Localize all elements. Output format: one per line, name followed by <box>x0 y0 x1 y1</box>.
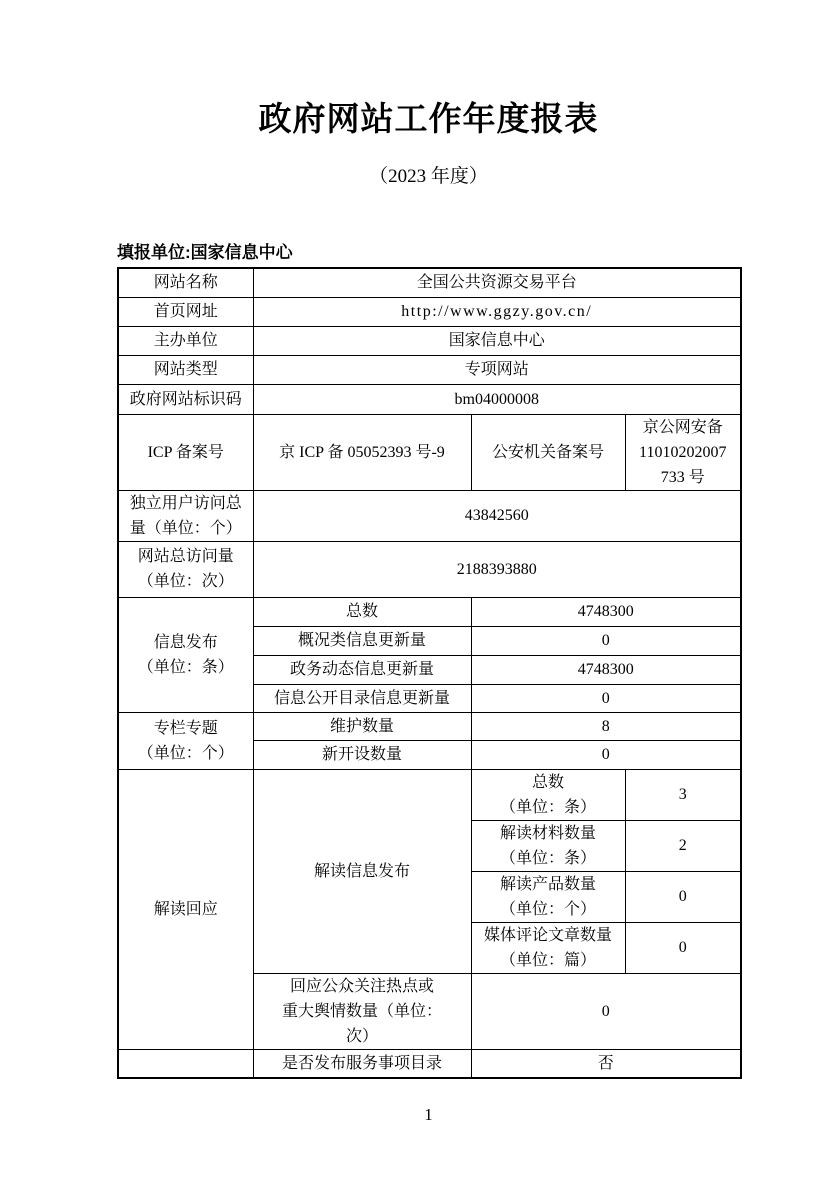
table-row: 首页网址 http://www.ggzy.gov.cn/ <box>118 297 741 326</box>
interpretation-item-label: 总数 （单位：条） <box>471 769 625 820</box>
icp-label: ICP 备案号 <box>118 414 253 490</box>
special-columns-item-label: 新开设数量 <box>253 740 471 769</box>
reporting-unit: 填报单位:国家信息中心 <box>117 243 740 263</box>
info-release-item-label: 总数 <box>253 597 471 626</box>
info-release-item-label: 概况类信息更新量 <box>253 626 471 655</box>
table-row: ICP 备案号 京 ICP 备 05052393 号-9 公安机关备案号 京公网… <box>118 414 741 490</box>
interpretation-item-label: 解读产品数量 （单位：个） <box>471 871 625 922</box>
special-columns-item-value: 8 <box>471 712 741 740</box>
report-table: 网站名称 全国公共资源交易平台 首页网址 http://www.ggzy.gov… <box>117 267 742 1079</box>
interpretation-item-label: 媒体评论文章数量 （单位：篇） <box>471 922 625 973</box>
special-columns-label: 专栏专题 （单位：个） <box>118 712 253 769</box>
table-row: 独立用户访问总 量（单位：个） 43842560 <box>118 490 741 541</box>
table-row: 解读回应 解读信息发布 总数 （单位：条） 3 <box>118 769 741 820</box>
unique-visitors-value: 43842560 <box>253 490 741 541</box>
total-visits-label: 网站总访问量 （单位：次） <box>118 541 253 597</box>
table-row: 主办单位 国家信息中心 <box>118 326 741 355</box>
homepage-url-label: 首页网址 <box>118 297 253 326</box>
service-directory-label: 是否发布服务事项目录 <box>253 1049 471 1078</box>
document-page: 政府网站工作年度报表 （2023 年度） 填报单位:国家信息中心 网站名称 全国… <box>117 0 740 1125</box>
site-type-label: 网站类型 <box>118 355 253 384</box>
icp-value: 京 ICP 备 05052393 号-9 <box>253 414 471 490</box>
info-release-item-value: 0 <box>471 626 741 655</box>
site-name-label: 网站名称 <box>118 268 253 297</box>
special-columns-item-value: 0 <box>471 740 741 769</box>
interpretation-item-value: 0 <box>625 922 741 973</box>
police-record-label: 公安机关备案号 <box>471 414 625 490</box>
info-release-item-value: 4748300 <box>471 655 741 684</box>
site-code-label: 政府网站标识码 <box>118 384 253 414</box>
table-row: 网站类型 专项网站 <box>118 355 741 384</box>
interpretation-release-label: 解读信息发布 <box>253 769 471 973</box>
table-row: 政府网站标识码 bm04000008 <box>118 384 741 414</box>
interpretation-item-label: 解读材料数量 （单位：条） <box>471 820 625 871</box>
public-response-value: 0 <box>471 973 741 1049</box>
police-record-value: 京公网安备 11010202007 733 号 <box>625 414 741 490</box>
unique-visitors-label: 独立用户访问总 量（单位：个） <box>118 490 253 541</box>
organizer-value: 国家信息中心 <box>253 326 741 355</box>
interpretation-label: 解读回应 <box>118 769 253 1049</box>
info-release-item-value: 0 <box>471 684 741 712</box>
interpretation-item-value: 0 <box>625 871 741 922</box>
table-row: 网站总访问量 （单位：次） 2188393880 <box>118 541 741 597</box>
special-columns-item-label: 维护数量 <box>253 712 471 740</box>
table-row: 是否发布服务事项目录 否 <box>118 1049 741 1078</box>
interpretation-item-value: 3 <box>625 769 741 820</box>
page-number: 1 <box>117 1105 740 1125</box>
public-response-label: 回应公众关注热点或 重大舆情数量（单位： 次） <box>253 973 471 1049</box>
info-release-item-value: 4748300 <box>471 597 741 626</box>
total-visits-value: 2188393880 <box>253 541 741 597</box>
document-subtitle: （2023 年度） <box>117 166 740 188</box>
empty-cell <box>118 1049 253 1078</box>
site-type-value: 专项网站 <box>253 355 741 384</box>
document-title: 政府网站工作年度报表 <box>117 0 740 138</box>
site-name-value: 全国公共资源交易平台 <box>253 268 741 297</box>
organizer-label: 主办单位 <box>118 326 253 355</box>
service-directory-value: 否 <box>471 1049 741 1078</box>
info-release-item-label: 政务动态信息更新量 <box>253 655 471 684</box>
table-row: 信息发布 （单位：条） 总数 4748300 <box>118 597 741 626</box>
info-release-item-label: 信息公开目录信息更新量 <box>253 684 471 712</box>
homepage-url-value: http://www.ggzy.gov.cn/ <box>253 297 741 326</box>
table-row: 专栏专题 （单位：个） 维护数量 8 <box>118 712 741 740</box>
table-row: 网站名称 全国公共资源交易平台 <box>118 268 741 297</box>
site-code-value: bm04000008 <box>253 384 741 414</box>
info-release-label: 信息发布 （单位：条） <box>118 597 253 712</box>
interpretation-item-value: 2 <box>625 820 741 871</box>
